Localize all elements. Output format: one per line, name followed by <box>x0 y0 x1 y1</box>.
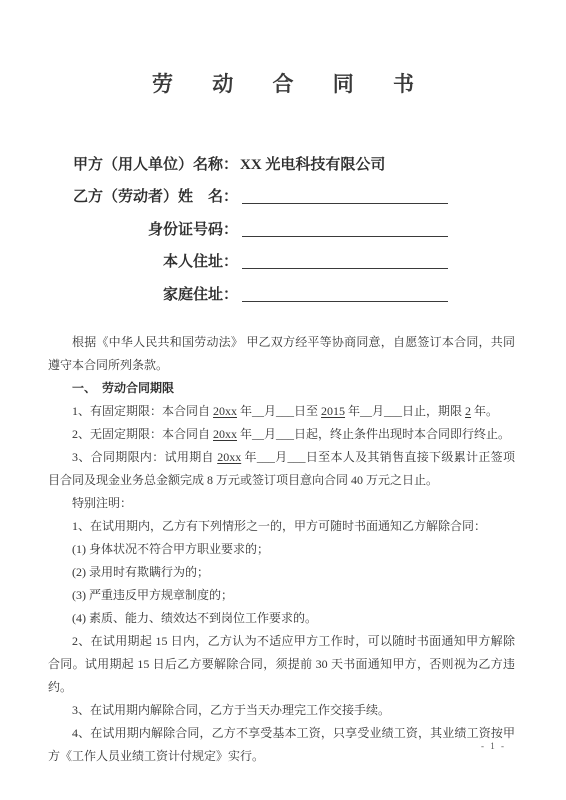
paragraph: 2、无固定期限：本合同自 20xx 年__月___日起，终止条件出现时本合同即行… <box>48 423 515 446</box>
blank-underline <box>242 187 448 204</box>
filled-blank: 20xx <box>213 427 237 441</box>
paragraph: 2、在试用期起 15 日内，乙方认为不适应甲方工作时，可以随时书面通知甲方解除合… <box>48 630 515 699</box>
blank-underline <box>242 285 448 302</box>
page-number: - 1 - <box>481 741 506 751</box>
field-row: 家庭住址： <box>68 271 448 304</box>
field-value: XX 光电科技有限公司 <box>240 153 385 174</box>
field-row: 身份证号码： <box>68 206 448 239</box>
paragraph: 特别注明： <box>48 492 515 515</box>
field-label: 本人住址： <box>68 250 238 271</box>
field-label: 甲方（用人单位）名称： <box>68 153 238 174</box>
paragraph: (1) 身体状况不符合甲方职业要求的； <box>48 538 515 561</box>
paragraph: (4) 素质、能力、绩效达不到岗位工作要求的。 <box>48 607 515 630</box>
document-title: 劳 动 合 同 书 <box>0 68 566 98</box>
filled-blank: 20xx <box>217 450 241 464</box>
field-label: 家庭住址： <box>68 283 238 304</box>
party-info-fields: 甲方（用人单位）名称：XX 光电科技有限公司乙方（劳动者）姓 名：身份证号码：本… <box>68 141 448 304</box>
field-row: 本人住址： <box>68 239 448 272</box>
labor-contract-page: 劳 动 合 同 书 甲方（用人单位）名称：XX 光电科技有限公司乙方（劳动者）姓… <box>0 0 566 800</box>
filled-blank: 20xx <box>213 404 237 418</box>
paragraph: 3、在试用期内解除合同，乙方于当天办理完工作交接手续。 <box>48 699 515 722</box>
contract-body: 根据《中华人民共和国劳动法》 甲乙双方经平等协商同意，自愿签订本合同，共同遵守本… <box>48 331 515 768</box>
paragraph: 4、在试用期内解除合同，乙方不享受基本工资，只享受业绩工资，其业绩工资按甲方《工… <box>48 722 515 768</box>
blank-underline <box>242 220 448 237</box>
paragraph: 1、在试用期内，乙方有下列情形之一的，甲方可随时书面通知乙方解除合同： <box>48 515 515 538</box>
blank-underline <box>242 252 448 269</box>
filled-blank: 2 <box>465 404 471 418</box>
field-row: 乙方（劳动者）姓 名： <box>68 174 448 207</box>
section-heading: 一、 劳动合同期限 <box>48 377 515 400</box>
filled-blank: 2015 <box>321 404 345 418</box>
paragraph: (2) 录用时有欺瞒行为的； <box>48 561 515 584</box>
paragraph: 根据《中华人民共和国劳动法》 甲乙双方经平等协商同意，自愿签订本合同，共同遵守本… <box>48 331 515 377</box>
field-label: 乙方（劳动者）姓 名： <box>68 185 238 206</box>
paragraph: (3) 严重违反甲方规章制度的； <box>48 584 515 607</box>
paragraph: 3、合同期限内：试用期自 20xx 年___月___日至本人及其销售直接下级累计… <box>48 446 515 492</box>
field-label: 身份证号码： <box>68 218 238 239</box>
paragraph: 1、有固定期限：本合同自 20xx 年__月___日至 2015 年__月___… <box>48 400 515 423</box>
field-row: 甲方（用人单位）名称：XX 光电科技有限公司 <box>68 141 448 174</box>
